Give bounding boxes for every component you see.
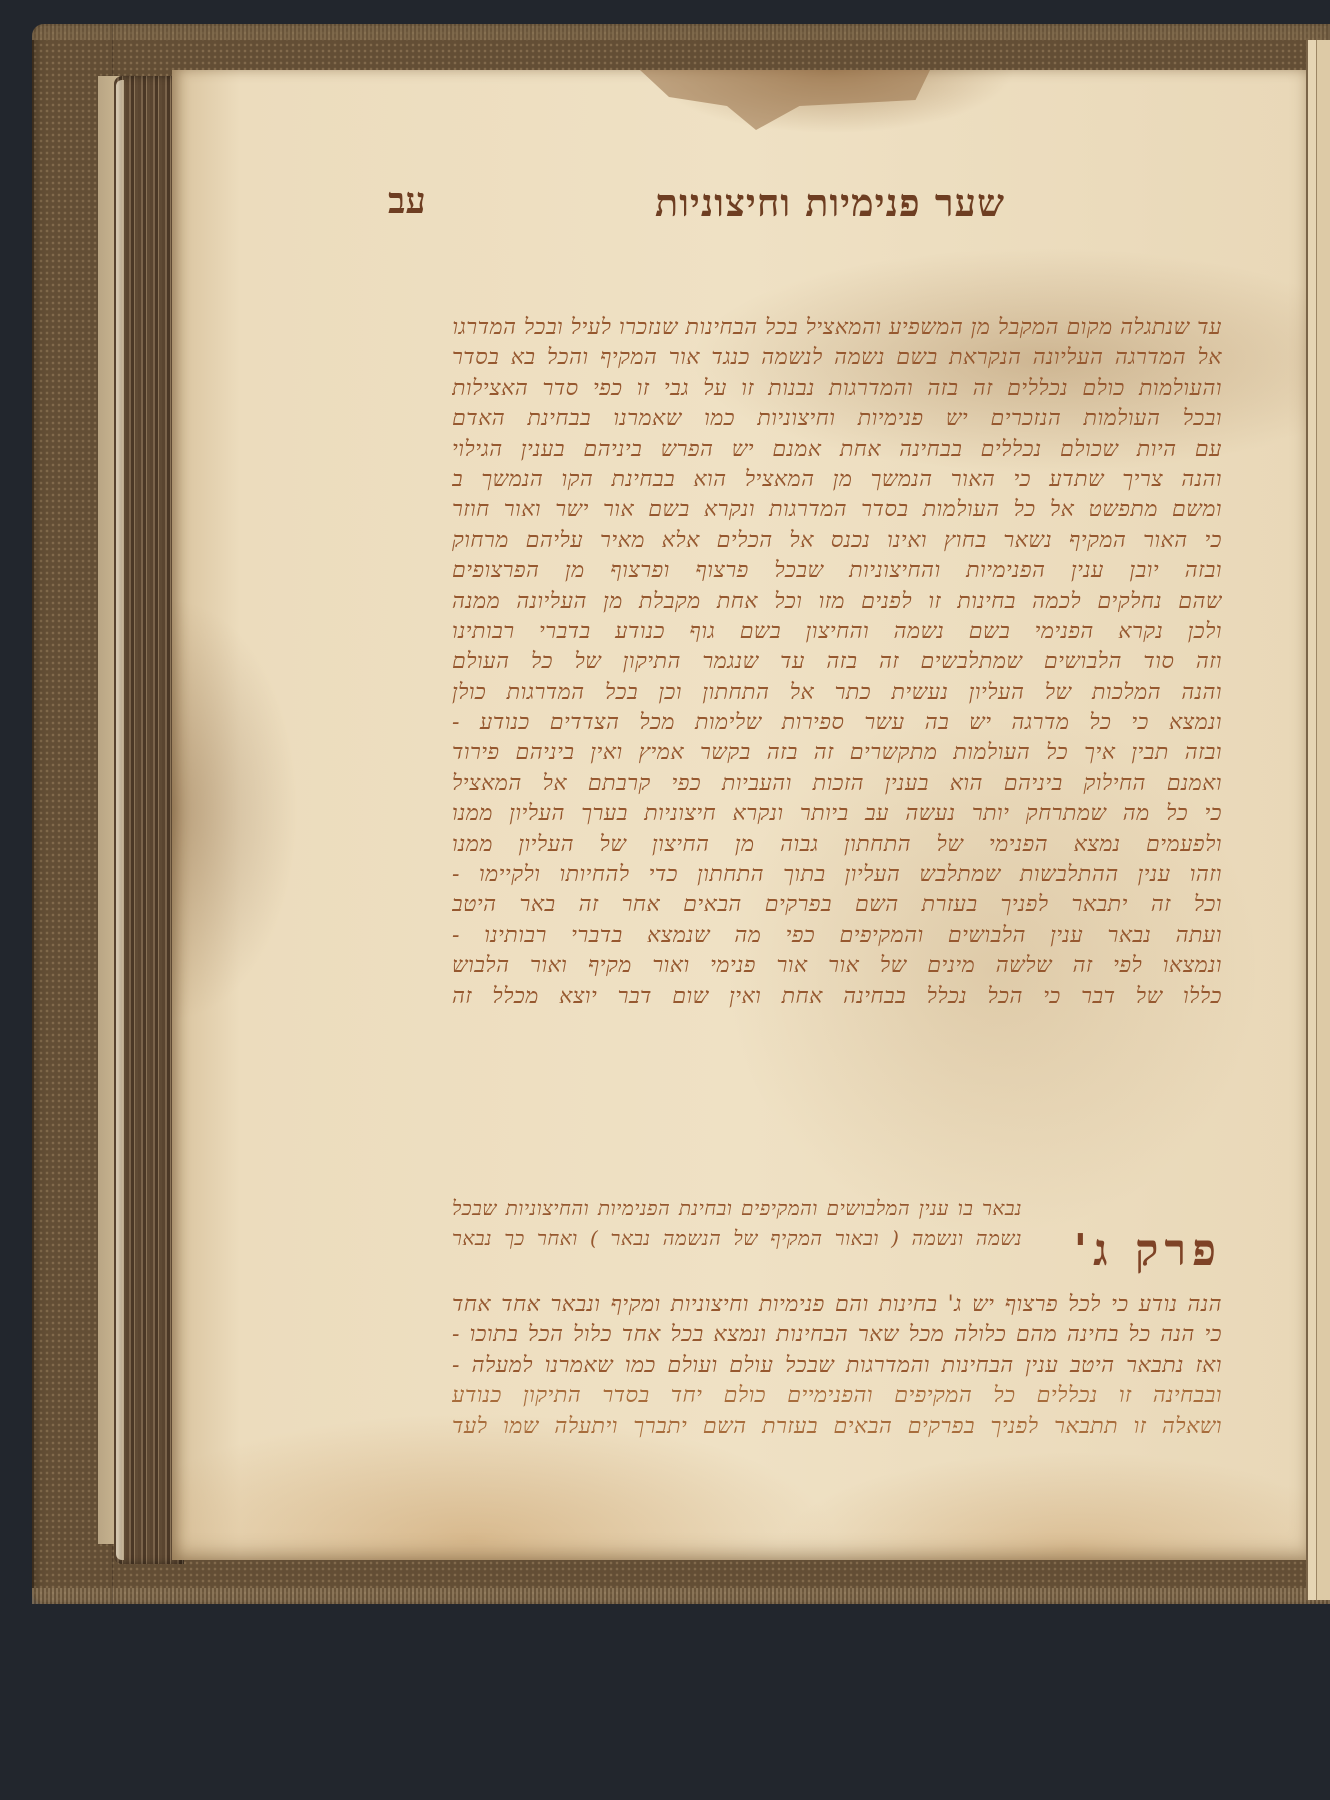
text-line: והנה המלכות של העליון נעשית כתר אל התחתו… — [452, 678, 1222, 708]
text-line: ומשם מתפשט אל כל העולמות בסדר המדרגות ונ… — [452, 495, 1222, 525]
text-line: שהם נחלקים לכמה בחינות זו לפנים מזו וכל … — [452, 587, 1222, 617]
manuscript-photo: שער פנימיות וחיצוניות עב עד שנתגלה מקום … — [0, 0, 1330, 1800]
text-line: והנה צריך שתדע כי האור הנמשך מן המאציל ה… — [452, 465, 1222, 495]
text-line: ולכן נקרא הפנימי בשם נשמה והחיצון בשם גו… — [452, 617, 1222, 647]
text-line: ולפעמים נמצא הפנימי של התחתון גבוה מן הח… — [452, 830, 1222, 860]
chapter-summary: נבאר בו ענין המלבושים והמקיפים ובחינת הפ… — [452, 1193, 1022, 1254]
text-line: הנה נודע כי לכל פרצוף יש ג' בחינות והם פ… — [452, 1290, 1222, 1320]
text-line: כללו של דבר כי הכל נכלל בבחינה אחת ואין … — [452, 982, 1222, 1012]
chapter-summary-line: נבאר בו ענין המלבושים והמקיפים ובחינת הפ… — [452, 1193, 1022, 1223]
text-line: ובכל העולמות הנזכרים יש פנימיות וחיצוניו… — [452, 404, 1222, 434]
text-line: וזה סוד הלבושים שמתלבשים זה בזה עד שנגמר… — [452, 647, 1222, 677]
chapter-title: פרק ג' — [1074, 1225, 1222, 1276]
text-line: ונמצא כי כל מדרגה יש בה עשר ספירות שלימו… — [452, 708, 1222, 738]
text-line: ואמנם החילוק ביניהם הוא בענין הזכות והעב… — [452, 769, 1222, 799]
text-line: כי האור המקיף נשאר בחוץ ואינו נכנס אל הכ… — [452, 526, 1222, 556]
text-line: ונמצאו לפי זה שלשה מינים של אור אור פנימ… — [452, 951, 1222, 981]
text-line: ובבחינה זו נכללים כל המקיפים והפנימיים כ… — [452, 1381, 1222, 1411]
folio-number: עב — [388, 180, 426, 222]
main-text-block: עד שנתגלה מקום המקבל מן המשפיע והמאציל ב… — [452, 313, 1222, 1012]
text-line: כי הנה כל בחינה מהם כלולה מכל שאר הבחינו… — [452, 1320, 1222, 1350]
text-line: כי כל מה שמתרחק יותר נעשה עב ביותר ונקרא… — [452, 799, 1222, 829]
text-line: עד שנתגלה מקום המקבל מן המשפיע והמאציל ב… — [452, 313, 1222, 343]
text-line: וזהו ענין ההתלבשות שמתלבש העליון בתוך הת… — [452, 860, 1222, 890]
page-stack-highlight — [116, 80, 124, 1560]
chapter-heading-block: פרק ג' נבאר בו ענין המלבושים והמקיפים וב… — [452, 1193, 1222, 1254]
text-line: וכל זה יתבאר לפניך בעזרת השם בפרקים הבאי… — [452, 890, 1222, 920]
text-line: ואז נתבאר היטב ענין הבחינות והמדרגות שבכ… — [452, 1351, 1222, 1381]
text-line: ועתה נבאר ענין הלבושים והמקיפים כפי מה ש… — [452, 921, 1222, 951]
text-line: אל המדרגה העליונה הנקראת בשם נשמה לנשמה … — [452, 343, 1222, 373]
text-line: והעולמות כולם נכללים זה בזה והמדרגות נבנ… — [452, 374, 1222, 404]
running-head: שער פנימיות וחיצוניות — [620, 180, 1040, 226]
text-line: עם היות שכולם נכללים בבחינה אחת אמנם יש … — [452, 435, 1222, 465]
cover-bottom-edge — [32, 1588, 1330, 1604]
cover-top-edge — [32, 24, 1330, 40]
text-line: ושאלה זו תתבאר לפניך בפרקים הבאים בעזרת … — [452, 1412, 1222, 1442]
chapter-summary-line: נשמה ונשמה ( ובאור המקיף של הנשמה נבאר )… — [452, 1223, 1022, 1253]
adjacent-page-edge — [1306, 40, 1330, 1600]
text-line: ובזה תבין איך כל העולמות מתקשרים זה בזה … — [452, 738, 1222, 768]
text-line: ובזה יובן ענין הפנימיות והחיצוניות שבכל … — [452, 556, 1222, 586]
chapter-text-block: הנה נודע כי לכל פרצוף יש ג' בחינות והם פ… — [452, 1290, 1222, 1442]
